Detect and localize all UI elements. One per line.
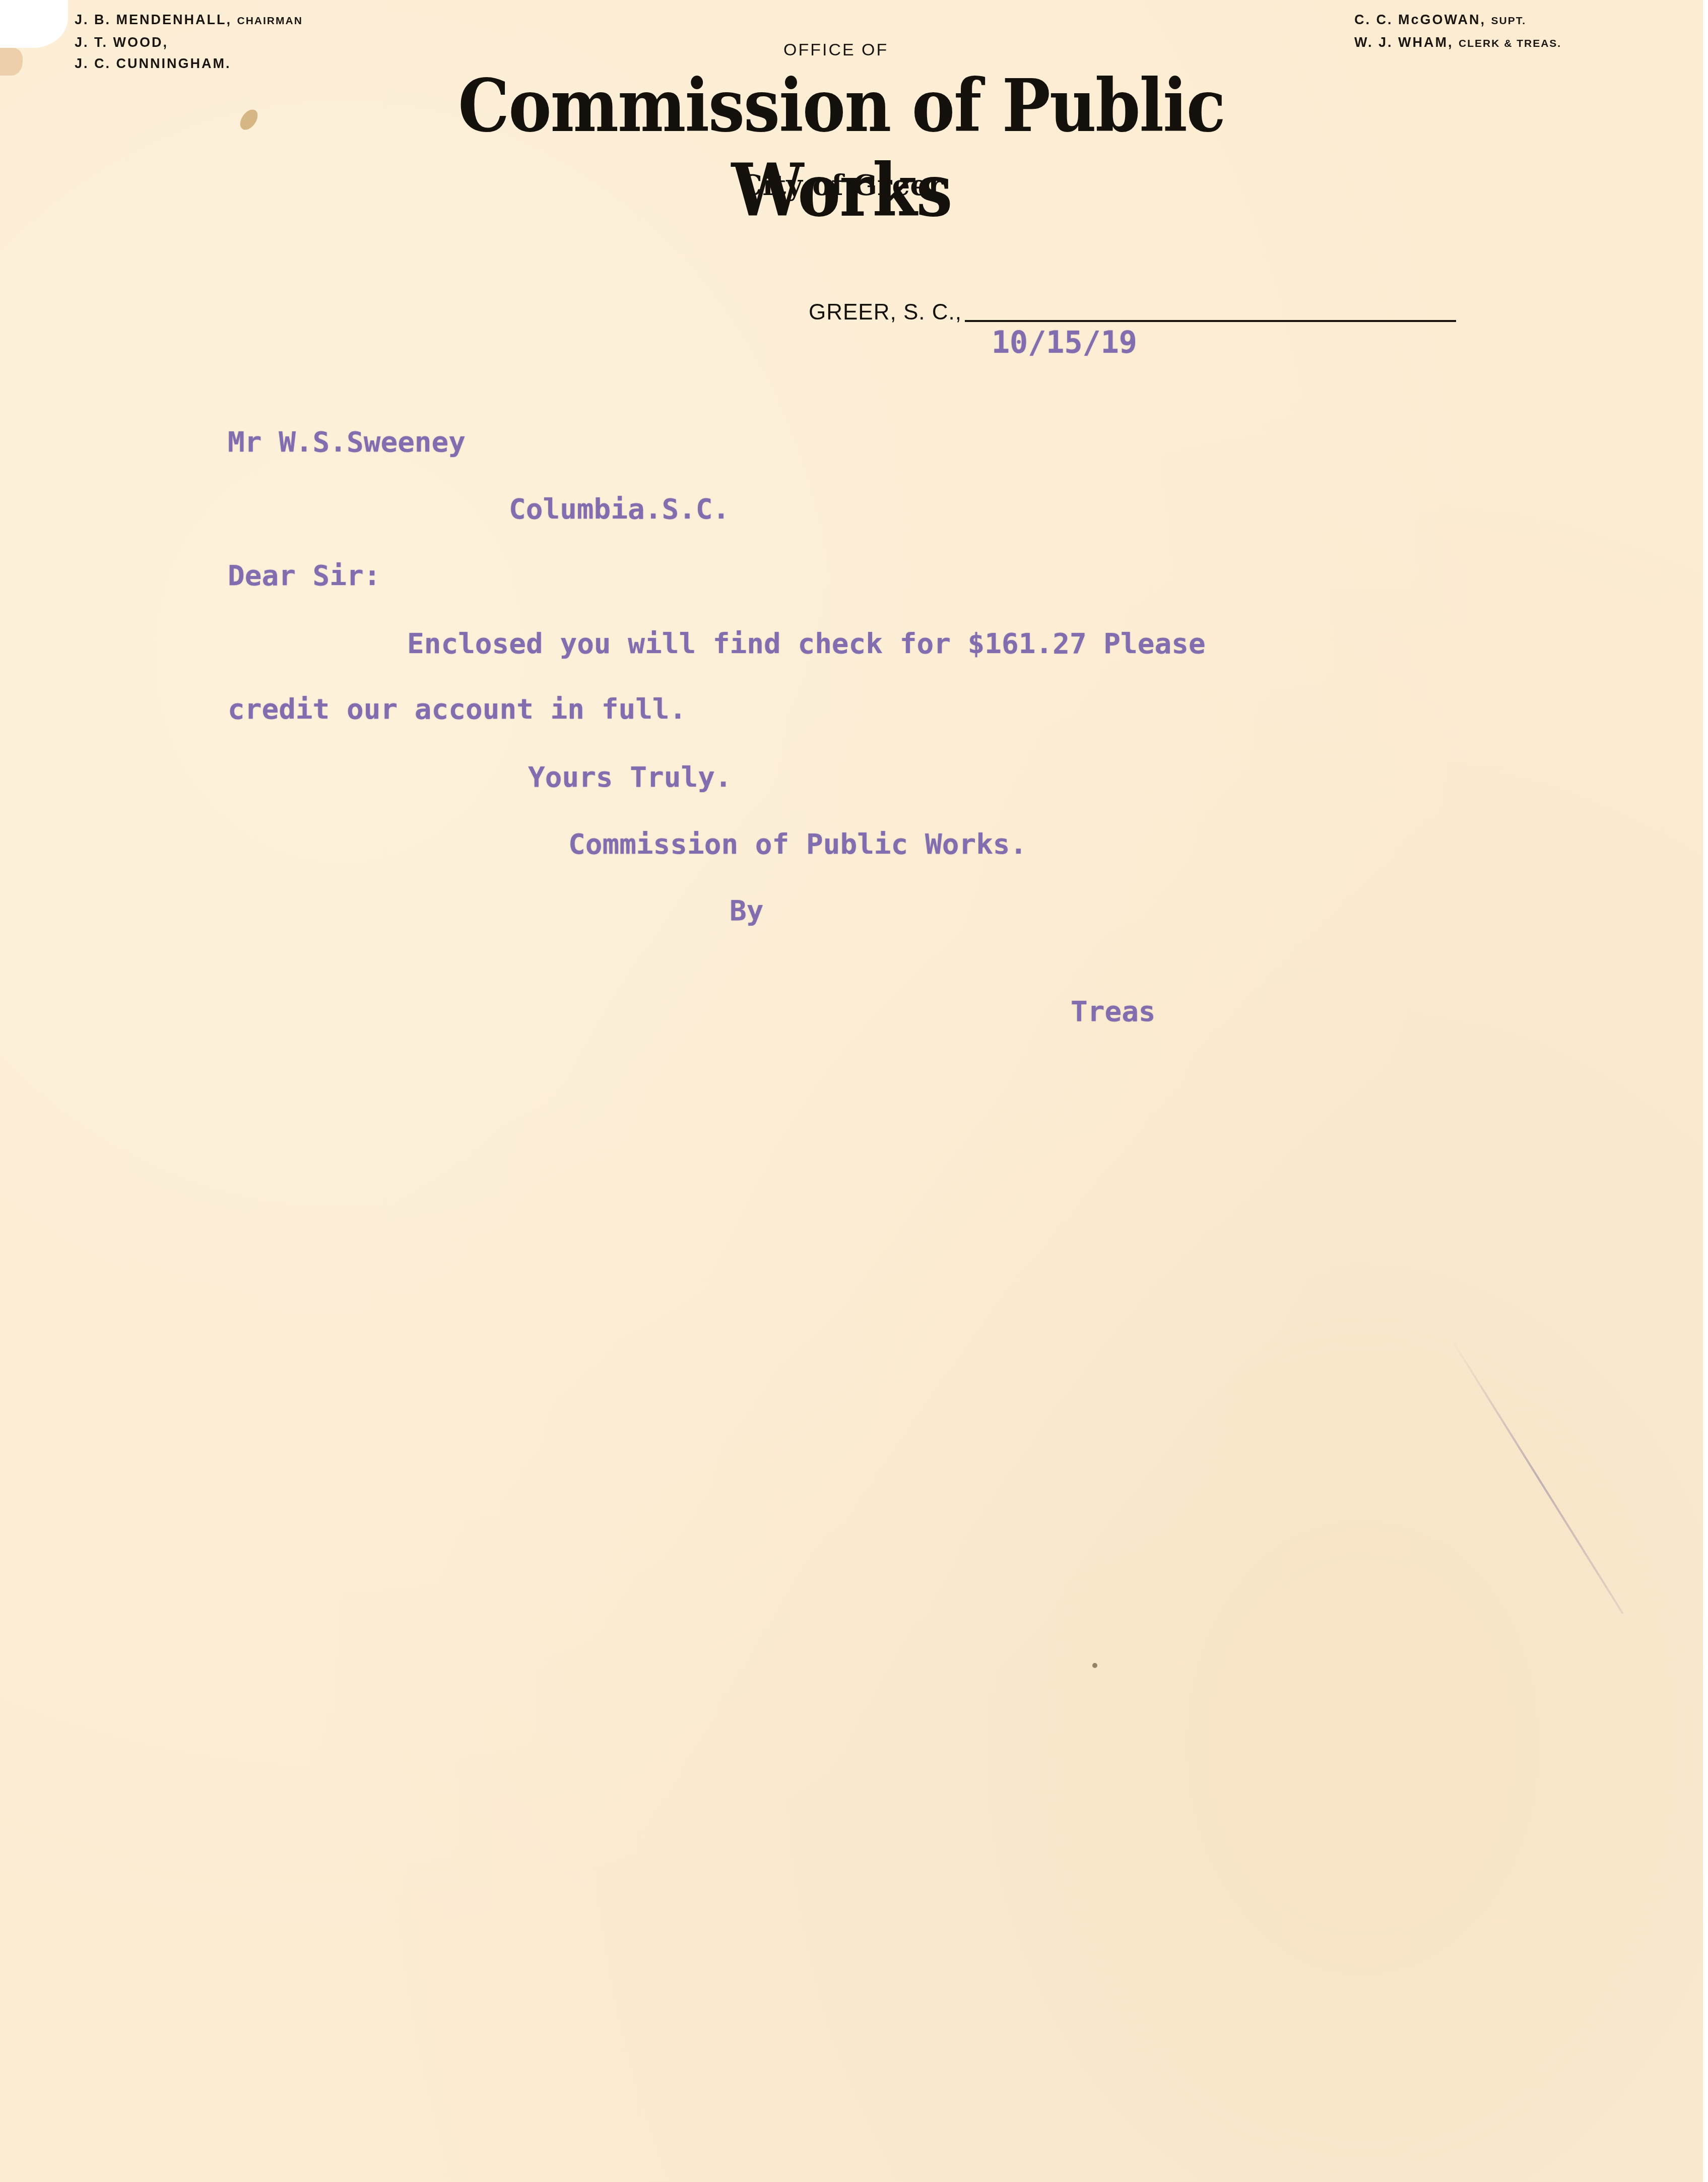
date-rule xyxy=(965,320,1456,322)
officer-line: C. C. McGOWAN, SUPT. xyxy=(1354,9,1561,32)
recipient-name: Mr W.S.Sweeney xyxy=(228,426,466,459)
letter-date: 10/15/19 xyxy=(992,325,1137,360)
pencil-mark xyxy=(1451,1339,1624,1614)
stain-mark xyxy=(237,106,261,133)
body-line: credit our account in full. xyxy=(228,693,686,726)
body-line: Enclosed you will find check for $161.27… xyxy=(407,627,1206,660)
place-date-line: GREER, S. C., xyxy=(809,300,1456,325)
officer-title: CLERK & TREAS. xyxy=(1459,38,1561,49)
officer-line: J. B. MENDENHALL, CHAIRMAN xyxy=(75,9,303,32)
city-subtitle: City of Greer xyxy=(685,169,998,202)
torn-corner xyxy=(0,0,68,48)
officers-list-right: C. C. McGOWAN, SUPT. W. J. WHAM, CLERK &… xyxy=(1354,9,1561,54)
officer-title: CHAIRMAN xyxy=(237,15,303,27)
officer-title: SUPT. xyxy=(1491,15,1527,27)
office-of-label: OFFICE OF xyxy=(783,40,888,60)
officer-name: W. J. WHAM, xyxy=(1354,35,1454,50)
officer-name: J. T. WOOD, xyxy=(75,35,168,50)
officer-name: J. C. CUNNINGHAM. xyxy=(75,56,231,71)
officer-line: J. T. WOOD, xyxy=(75,32,303,53)
signature-organization: Commission of Public Works. xyxy=(568,828,1027,861)
signature-by: By xyxy=(730,894,763,927)
place-label: GREER, S. C., xyxy=(809,300,962,325)
officer-name: J. B. MENDENHALL, xyxy=(75,12,232,27)
closing: Yours Truly. xyxy=(528,761,732,794)
letter-page: J. B. MENDENHALL, CHAIRMAN J. T. WOOD, J… xyxy=(0,0,1703,2182)
officers-list-left: J. B. MENDENHALL, CHAIRMAN J. T. WOOD, J… xyxy=(75,9,303,74)
recipient-city: Columbia.S.C. xyxy=(509,493,730,526)
stain-mark xyxy=(0,48,23,76)
officer-line: W. J. WHAM, CLERK & TREAS. xyxy=(1354,32,1561,54)
officer-name: C. C. McGOWAN, xyxy=(1354,12,1486,27)
organization-masthead: Commission of Public Works xyxy=(433,64,1250,233)
paper-speck xyxy=(1092,1663,1097,1668)
signature-title: Treas xyxy=(1071,995,1156,1028)
salutation: Dear Sir: xyxy=(228,559,380,592)
officer-line: J. C. CUNNINGHAM. xyxy=(75,53,303,74)
